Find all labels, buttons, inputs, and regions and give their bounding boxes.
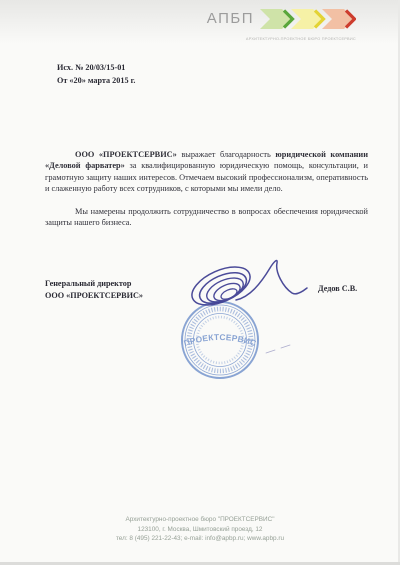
body-segment: выражает благодарность <box>177 150 276 159</box>
signature-flourish <box>236 260 307 300</box>
logo-chevrons-icon <box>260 9 356 29</box>
paragraph-gratitude: ООО «ПРОЕКТСЕРВИС» выражает благодарност… <box>45 149 368 195</box>
company-name-bold: ООО «ПРОЕКТСЕРВИС» <box>75 150 177 159</box>
scanned-letter-page: АПБП АРХИТЕКТУРНО-ПРОЕКТНОЕ БЮРО ПРОЕКТС… <box>0 0 400 565</box>
company-logo: АПБП АРХИТЕКТУРНО-ПРОЕКТНОЕ БЮРО ПРОЕКТС… <box>156 9 356 35</box>
stamp-outer-ring <box>182 302 258 378</box>
signatory-name: Дедов С.В. <box>318 284 357 293</box>
logo-caption-text: АРХИТЕКТУРНО-ПРОЕКТНОЕ БЮРО ПРОЕКТСЕРВИС <box>246 37 356 41</box>
stamp-inner-ring <box>194 314 247 367</box>
handwritten-signature <box>186 259 307 353</box>
signatory-company: ООО «ПРОЕКТСЕРВИС» <box>45 290 143 302</box>
logo-row: АПБП <box>156 9 356 29</box>
footer-contacts-line: тел: 8 (495) 221-22-43; e-mail: info@apb… <box>0 534 400 544</box>
logo-caption-wrap: АРХИТЕКТУРНО-ПРОЕКТНОЕ БЮРО ПРОЕКТСЕРВИС <box>156 29 356 35</box>
footer-address-line: 123100, г. Москва, Шмитовский проезд, 12 <box>0 525 400 535</box>
logo-acronym-text: АПБП <box>207 10 254 28</box>
stamp-ring-text-blur <box>189 309 251 371</box>
signature-faint-mark <box>266 345 290 353</box>
paragraph-cooperation: Мы намерены продолжить сотрудничество в … <box>45 206 368 229</box>
reference-block: Исх. № 20/03/15-01 От «20» марта 2015 г. <box>57 62 135 87</box>
outgoing-number: Исх. № 20/03/15-01 <box>57 62 135 75</box>
footer-company-line: Архитектурно-проектное бюро "ПРОЕКТСЕРВИ… <box>0 515 400 525</box>
signatory-block: Генеральный директор ООО «ПРОЕКТСЕРВИС» <box>45 278 143 301</box>
signatory-title: Генеральный директор <box>45 278 143 290</box>
signature-loops <box>186 259 255 313</box>
stamp-inner-text-blur <box>197 317 243 363</box>
letterhead-footer: Архитектурно-проектное бюро "ПРОЕКТСЕРВИ… <box>0 515 400 544</box>
stamp-ring <box>185 305 255 375</box>
letter-body: ООО «ПРОЕКТСЕРВИС» выражает благодарност… <box>45 149 368 239</box>
letter-date: От «20» марта 2015 г. <box>57 75 135 88</box>
